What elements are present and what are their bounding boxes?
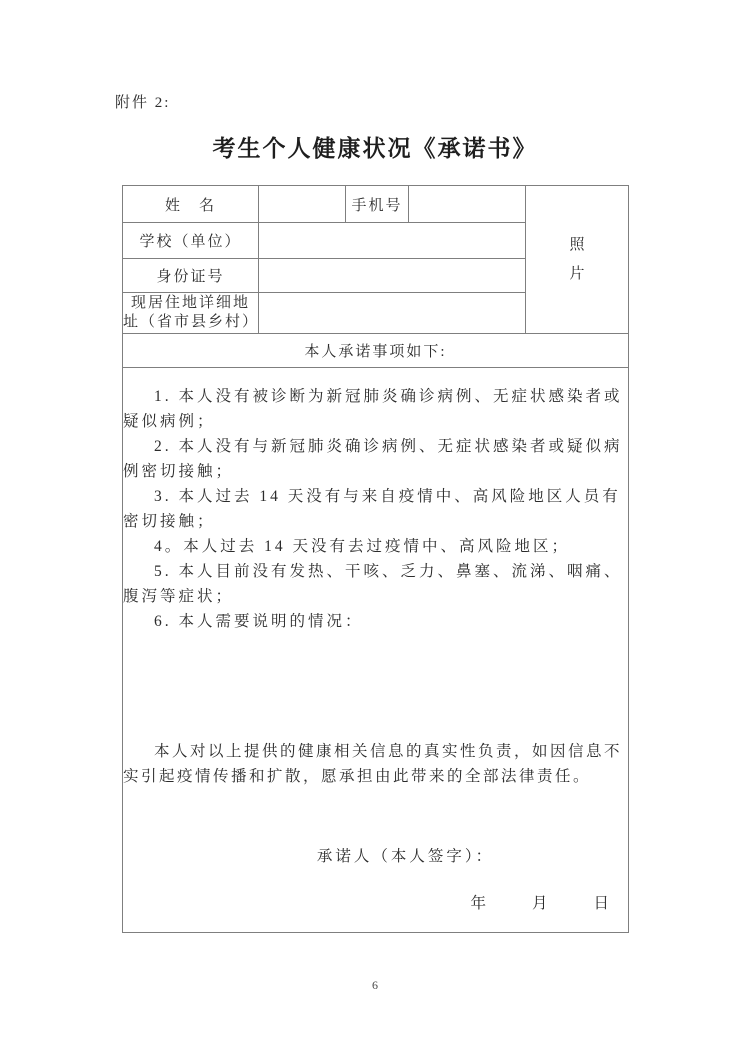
attachment-label: 附件 2:	[115, 93, 628, 113]
document-content: 附件 2: 考生个人健康状况《承诺书》 姓 名 手机号 照片 学校（单位）	[122, 93, 628, 933]
photo-box: 照片	[526, 186, 629, 334]
school-input-cell[interactable]	[259, 223, 526, 259]
school-label: 学校（单位）	[123, 223, 259, 259]
address-input-cell[interactable]	[259, 293, 526, 334]
phone-label: 手机号	[346, 186, 409, 223]
health-commitment-form: 姓 名 手机号 照片 学校（单位） 身份证号 现居住地详细地址（省市县乡村）	[122, 185, 629, 933]
date-line: 年 月 日	[123, 891, 628, 916]
name-label: 姓 名	[123, 186, 259, 223]
phone-input-cell[interactable]	[409, 186, 526, 223]
id-number-input-cell[interactable]	[259, 259, 526, 293]
promise-item-2: 2. 本人没有与新冠肺炎确诊病例、无症状感染者或疑似病例密切接触；	[123, 434, 628, 484]
page-title: 考生个人健康状况《承诺书》	[122, 133, 628, 163]
name-input-cell[interactable]	[259, 186, 346, 223]
document-page: 附件 2: 考生个人健康状况《承诺书》 姓 名 手机号 照片 学校（单位）	[0, 0, 750, 1060]
photo-label: 照片	[568, 231, 585, 288]
id-number-label: 身份证号	[123, 259, 259, 293]
row-promise-body: 1. 本人没有被诊断为新冠肺炎确诊病例、无症状感染者或疑似病例； 2. 本人没有…	[123, 368, 629, 933]
address-label: 现居住地详细地址（省市县乡村）	[123, 293, 259, 334]
row-promise-header: 本人承诺事项如下:	[123, 334, 629, 368]
signature-label: 承诺人（本人签字）：	[153, 844, 658, 869]
promise-header: 本人承诺事项如下:	[123, 334, 629, 368]
promise-item-4: 4。本人过去 14 天没有去过疫情中、高风险地区；	[123, 534, 628, 559]
promise-body: 1. 本人没有被诊断为新冠肺炎确诊病例、无症状感染者或疑似病例； 2. 本人没有…	[123, 368, 629, 933]
promise-item-3: 3. 本人过去 14 天没有与来自疫情中、高风险地区人员有密切接触；	[123, 484, 628, 534]
row-name-phone: 姓 名 手机号 照片	[123, 186, 629, 223]
page-number: 6	[0, 978, 750, 993]
promise-item-1: 1. 本人没有被诊断为新冠肺炎确诊病例、无症状感染者或疑似病例；	[123, 384, 628, 434]
promise-item-6: 6. 本人需要说明的情况：	[123, 609, 628, 634]
promise-item-5: 5. 本人目前没有发热、干咳、乏力、鼻塞、流涕、咽痛、腹泻等症状；	[123, 559, 628, 609]
declaration-paragraph: 本人对以上提供的健康相关信息的真实性负责，如因信息不实引起疫情传播和扩散，愿承担…	[123, 739, 628, 789]
